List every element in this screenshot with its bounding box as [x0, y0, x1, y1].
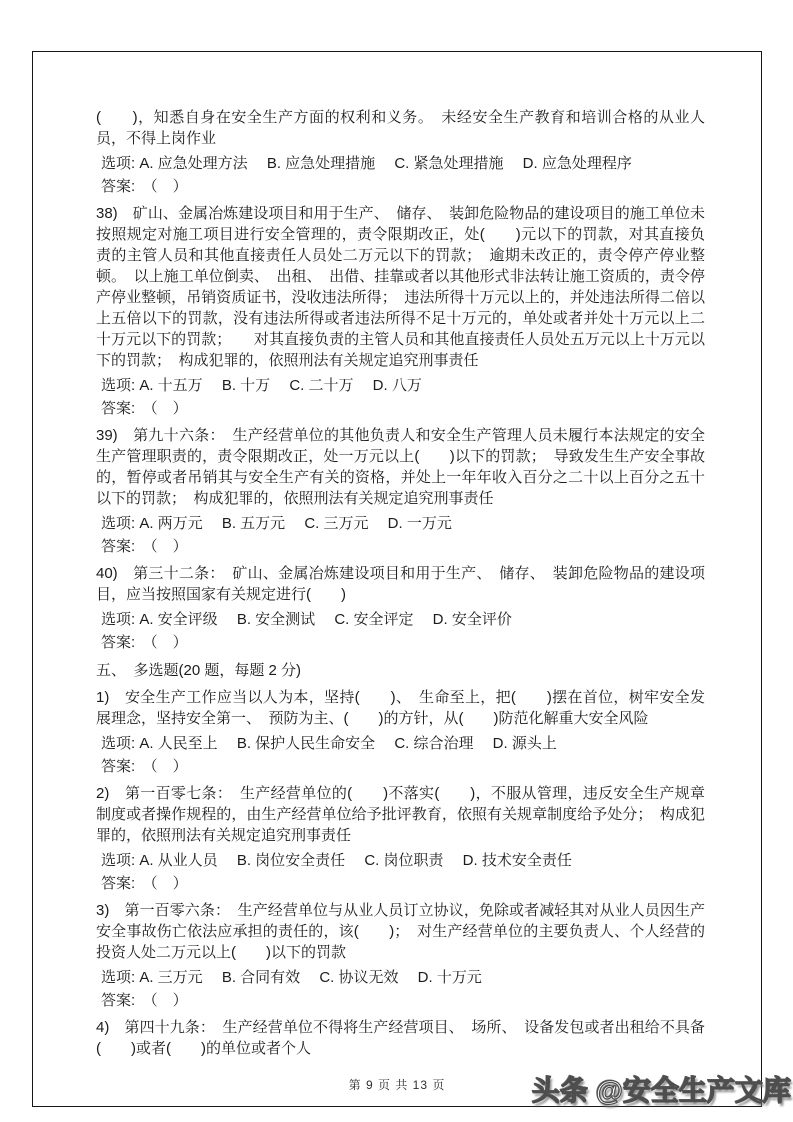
question-40-text: 40) 第三十二条： 矿山、金属冶炼建设项目和用于生产、 储存、 装卸危险物品的…	[96, 563, 705, 605]
multi-question-1-options: 选项: A. 人民至上 B. 保护人民生命安全 C. 综合治理 D. 源头上	[96, 733, 705, 754]
question-40-options: 选项: A. 安全评级 B. 安全测试 C. 安全评定 D. 安全评价	[96, 609, 705, 630]
multi-question-2-text: 2) 第一百零七条： 生产经营单位的( )不落实( )，不服从管理，违反安全生产…	[96, 783, 705, 846]
multi-question-1-text: 1) 安全生产工作应当以人为本，坚持( )、 生命至上，把( )摆在首位，树牢安…	[96, 687, 705, 729]
watermark-toutiao: 头条 @安全生产文库	[532, 1069, 791, 1109]
multi-question-2-answer-blank: 答案: （ ）	[96, 873, 705, 894]
multi-question-1-answer-blank: 答案: （ ）	[96, 756, 705, 777]
page-content: ( )，知悉自身在安全生产方面的权利和义务。 未经安全生产教育和培训合格的从业人…	[96, 107, 705, 1059]
question-37-options: 选项: A. 应急处理方法 B. 应急处理措施 C. 紧急处理措施 D. 应急处…	[96, 153, 705, 174]
question-39-options: 选项: A. 两万元 B. 五万元 C. 三万元 D. 一万元	[96, 513, 705, 534]
question-39-text: 39) 第九十六条： 生产经营单位的其他负责人和安全生产管理人员未履行本法规定的…	[96, 425, 705, 509]
section-header-multi-choice: 五、 多选题(20 题，每题 2 分)	[96, 660, 705, 681]
multi-question-3-options: 选项: A. 三万元 B. 合同有效 C. 协议无效 D. 十万元	[96, 967, 705, 988]
multi-question-4-text: 4) 第四十九条： 生产经营单位不得将生产经营项目、 场所、 设备发包或者出租给…	[96, 1017, 705, 1059]
multi-question-3-answer-blank: 答案: （ ）	[96, 990, 705, 1011]
question-40-answer-blank: 答案: （ ）	[96, 632, 705, 653]
question-39-answer-blank: 答案: （ ）	[96, 536, 705, 557]
question-37-answer-blank: 答案: （ ）	[96, 176, 705, 197]
multi-question-2-options: 选项: A. 从业人员 B. 岗位安全责任 C. 岗位职责 D. 技术安全责任	[96, 850, 705, 871]
page-outline: ( )，知悉自身在安全生产方面的权利和义务。 未经安全生产教育和培训合格的从业人…	[32, 51, 762, 1107]
question-37-continuation: ( )，知悉自身在安全生产方面的权利和义务。 未经安全生产教育和培训合格的从业人…	[96, 107, 705, 149]
question-38-options: 选项: A. 十五万 B. 十万 C. 二十万 D. 八万	[96, 375, 705, 396]
multi-question-3-text: 3) 第一百零六条： 生产经营单位与从业人员订立协议，免除或者减轻其对从业人员因…	[96, 900, 705, 963]
question-38-text: 38) 矿山、金属冶炼建设项目和用于生产、 储存、 装卸危险物品的建设项目的施工…	[96, 203, 705, 371]
question-38-answer-blank: 答案: （ ）	[96, 398, 705, 419]
